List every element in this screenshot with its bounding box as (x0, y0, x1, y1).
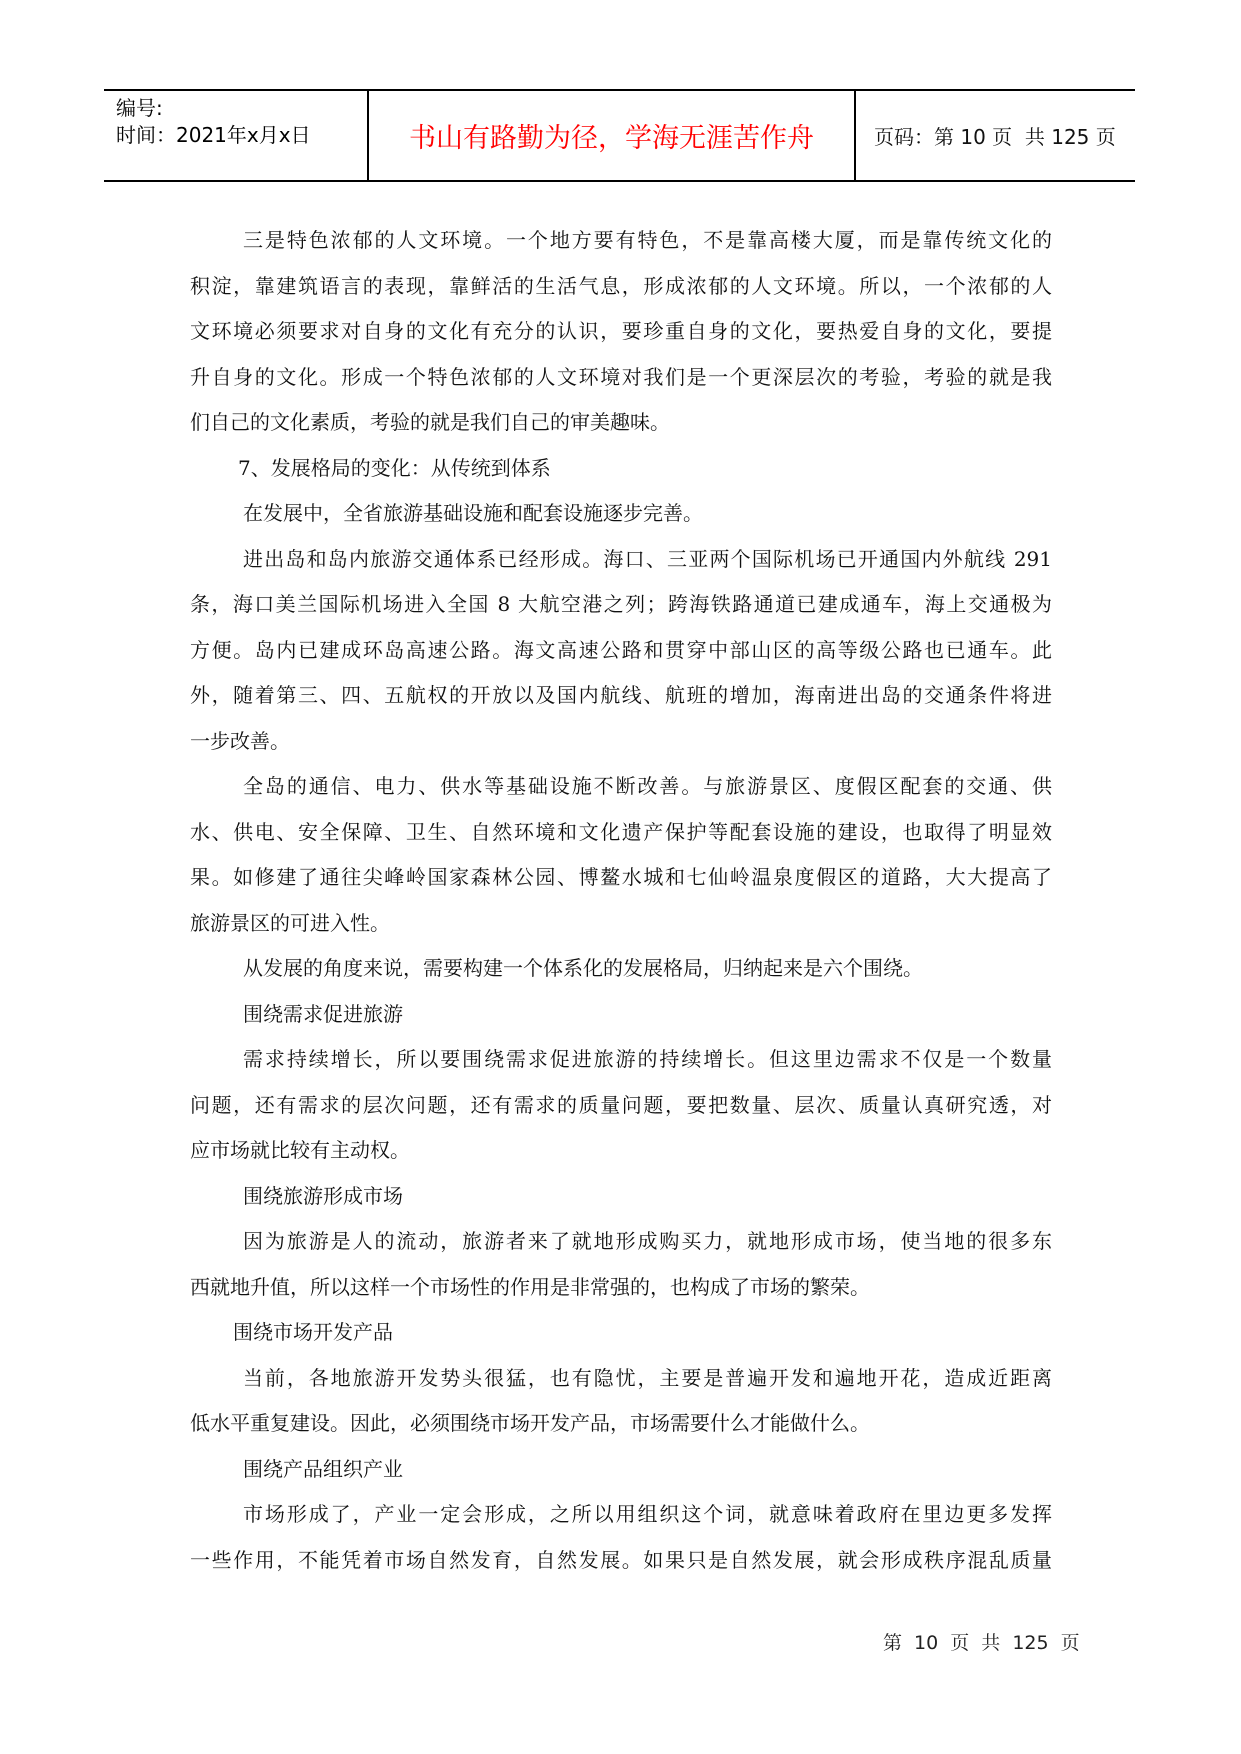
serial-number-label: 编号: (116, 95, 366, 122)
paragraph-line: 三是特色浓郁的人文环境。一个地方要有特色，不是靠高楼大厦，而是靠传统文化的 (190, 218, 1052, 264)
subheading: 围绕需求促进旅游 (190, 992, 1052, 1038)
paragraph-line: 们自己的文化素质，考验的就是我们自己的审美趣味。 (190, 400, 1052, 446)
date-label: 时间：2021年x月x日 (116, 122, 366, 149)
paragraph-line: 升自身的文化。形成一个特色浓郁的人文环境对我们是一个更深层次的考验，考验的就是我 (190, 355, 1052, 401)
paragraph-line: 旅游景区的可进入性。 (190, 901, 1052, 947)
paragraph-line: 水、供电、安全保障、卫生、自然环境和文化遗产保护等配套设施的建设，也取得了明显效 (190, 810, 1052, 856)
section-heading: 7、发展格局的变化：从传统到体系 (190, 446, 1052, 492)
paragraph-line: 从发展的角度来说，需要构建一个体系化的发展格局，归纳起来是六个围绕。 (190, 946, 1052, 992)
paragraph-line: 全岛的通信、电力、供水等基础设施不断改善。与旅游景区、度假区配套的交通、供 (190, 764, 1052, 810)
paragraph-line: 问题，还有需求的层次问题，还有需求的质量问题，要把数量、层次、质量认真研究透，对 (190, 1083, 1052, 1129)
paragraph-line: 低水平重复建设。因此，必须围绕市场开发产品，市场需要什么才能做什么。 (190, 1401, 1052, 1447)
paragraph-line: 果。如修建了通往尖峰岭国家森林公园、博鳌水城和七仙岭温泉度假区的道路，大大提高了 (190, 855, 1052, 901)
paragraph-line: 方便。岛内已建成环岛高速公路。海文高速公路和贯穿中部山区的高等级公路也已通车。此 (190, 628, 1052, 674)
paragraph-line: 市场形成了，产业一定会形成，之所以用组织这个词，就意味着政府在里边更多发挥 (190, 1492, 1052, 1538)
paragraph-line: 当前，各地旅游开发势头很猛，也有隐忧，主要是普遍开发和遍地开花，造成近距离 (190, 1356, 1052, 1402)
header-page-number: 页码：第 10 页 共 125 页 (874, 91, 1116, 180)
page-header: 编号: 时间：2021年x月x日 书山有路勤为径，学海无涯苦作舟 页码：第 10… (104, 89, 1135, 182)
document-body: 三是特色浓郁的人文环境。一个地方要有特色，不是靠高楼大厦，而是靠传统文化的 积淀… (190, 218, 1052, 1583)
paragraph-line: 外，随着第三、四、五航权的开放以及国内航线、航班的增加，海南进出岛的交通条件将进 (190, 673, 1052, 719)
subheading: 围绕市场开发产品 (190, 1310, 1052, 1356)
paragraph-line: 需求持续增长，所以要围绕需求促进旅游的持续增长。但这里边需求不仅是一个数量 (190, 1037, 1052, 1083)
header-meta: 编号: 时间：2021年x月x日 (116, 95, 366, 149)
subheading: 围绕旅游形成市场 (190, 1174, 1052, 1220)
paragraph-line: 条，海口美兰国际机场进入全国 8 大航空港之列；跨海铁路通道已建成通车，海上交通… (190, 582, 1052, 628)
paragraph-line: 文环境必须要求对自身的文化有充分的认识，要珍重自身的文化，要热爱自身的文化，要提 (190, 309, 1052, 355)
paragraph-line: 一些作用，不能凭着市场自然发育，自然发展。如果只是自然发展，就会形成秩序混乱质量 (190, 1538, 1052, 1584)
paragraph-line: 西就地升值，所以这样一个市场性的作用是非常强的，也构成了市场的繁荣。 (190, 1265, 1052, 1311)
header-motto: 书山有路勤为径，学海无涯苦作舟 (369, 91, 854, 180)
paragraph-line: 在发展中，全省旅游基础设施和配套设施逐步完善。 (190, 491, 1052, 537)
paragraph-line: 应市场就比较有主动权。 (190, 1128, 1052, 1174)
paragraph-line: 积淀，靠建筑语言的表现，靠鲜活的生活气息，形成浓郁的人文环境。所以，一个浓郁的人 (190, 264, 1052, 310)
paragraph-line: 一步改善。 (190, 719, 1052, 765)
paragraph-line: 因为旅游是人的流动，旅游者来了就地形成购买力，就地形成市场，使当地的很多东 (190, 1219, 1052, 1265)
header-divider (854, 91, 856, 180)
subheading: 围绕产品组织产业 (190, 1447, 1052, 1493)
paragraph-line: 进出岛和岛内旅游交通体系已经形成。海口、三亚两个国际机场已开通国内外航线 291 (190, 537, 1052, 583)
page-footer: 第 10 页 共 125 页 (883, 1628, 1080, 1655)
